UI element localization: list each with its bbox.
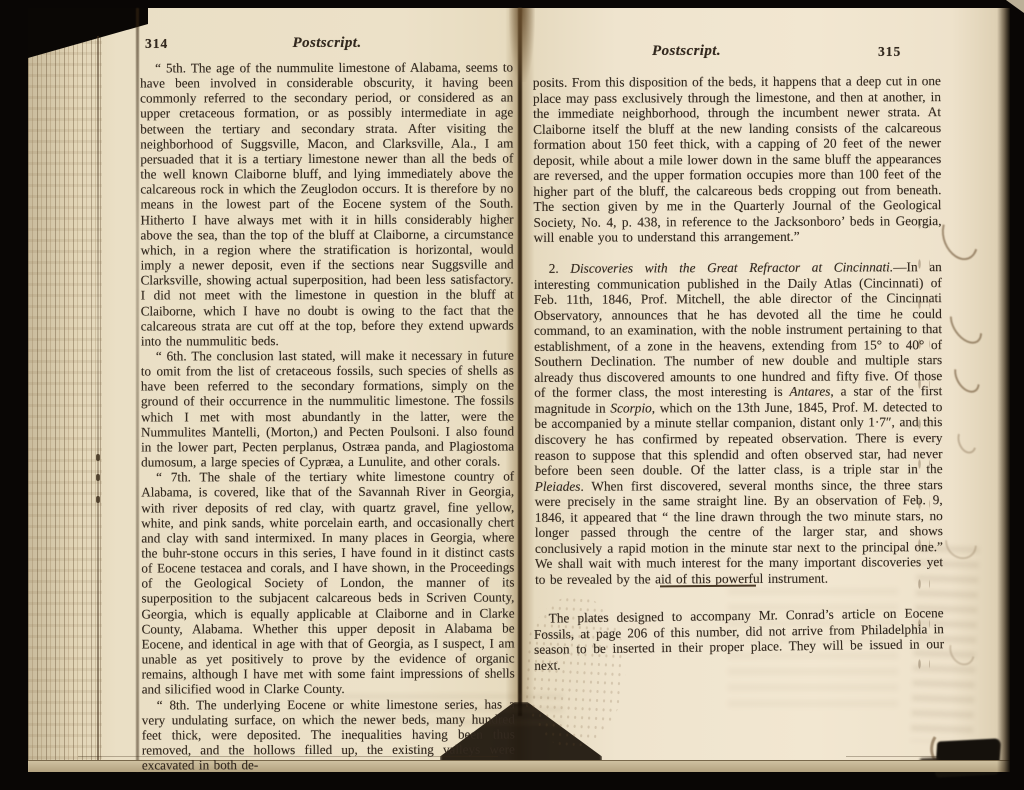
- left-page-text-column: “ 5th. The age of the nummulite limeston…: [140, 60, 515, 773]
- paragraph: “ 5th. The age of the nummulite limeston…: [140, 60, 514, 349]
- left-page-hinge-line: [136, 8, 139, 772]
- under-page-edge-line: [846, 756, 940, 757]
- book-scan-page: { "colors": { "background": "#090605", "…: [0, 0, 1024, 790]
- left-page-number: 314: [145, 36, 168, 52]
- left-running-head: Postscript.: [293, 35, 362, 52]
- paragraph: “ 6th. The conclusion last stated, will …: [141, 347, 514, 469]
- page-crease-line: [97, 36, 99, 766]
- paragraph: posits. From this disposition of the bed…: [533, 73, 942, 246]
- left-page-header: 314 Postscript.: [140, 36, 514, 56]
- crease-speck: [96, 496, 100, 503]
- right-page-edge-shadow: [997, 8, 1010, 772]
- right-running-head: Postscript.: [652, 43, 721, 60]
- right-page-footer-note: The plates designed to accompany Mr. Con…: [534, 605, 945, 673]
- stain-mark: [943, 300, 988, 349]
- spine-gutter-line: [518, 8, 522, 716]
- paragraph: “ 8th. The underlying Eocene or white li…: [142, 696, 515, 773]
- stain-mark: [935, 208, 985, 265]
- paragraph: 2. Discoveries with the Great Refractor …: [534, 259, 943, 587]
- crease-speck: [96, 474, 100, 481]
- right-page-header: Postscript. 315: [534, 44, 944, 64]
- stain-mark: [949, 357, 985, 397]
- crease-speck: [96, 454, 100, 461]
- paragraph: “ 7th. The shale of the tertiary white l…: [141, 469, 515, 697]
- page-edges-stack: [28, 30, 102, 772]
- stain-mark: [954, 426, 980, 457]
- paragraph: The plates designed to accompany Mr. Con…: [534, 605, 945, 673]
- right-page-text-column: posits. From this disposition of the bed…: [533, 73, 943, 587]
- right-page-number: 315: [878, 44, 901, 60]
